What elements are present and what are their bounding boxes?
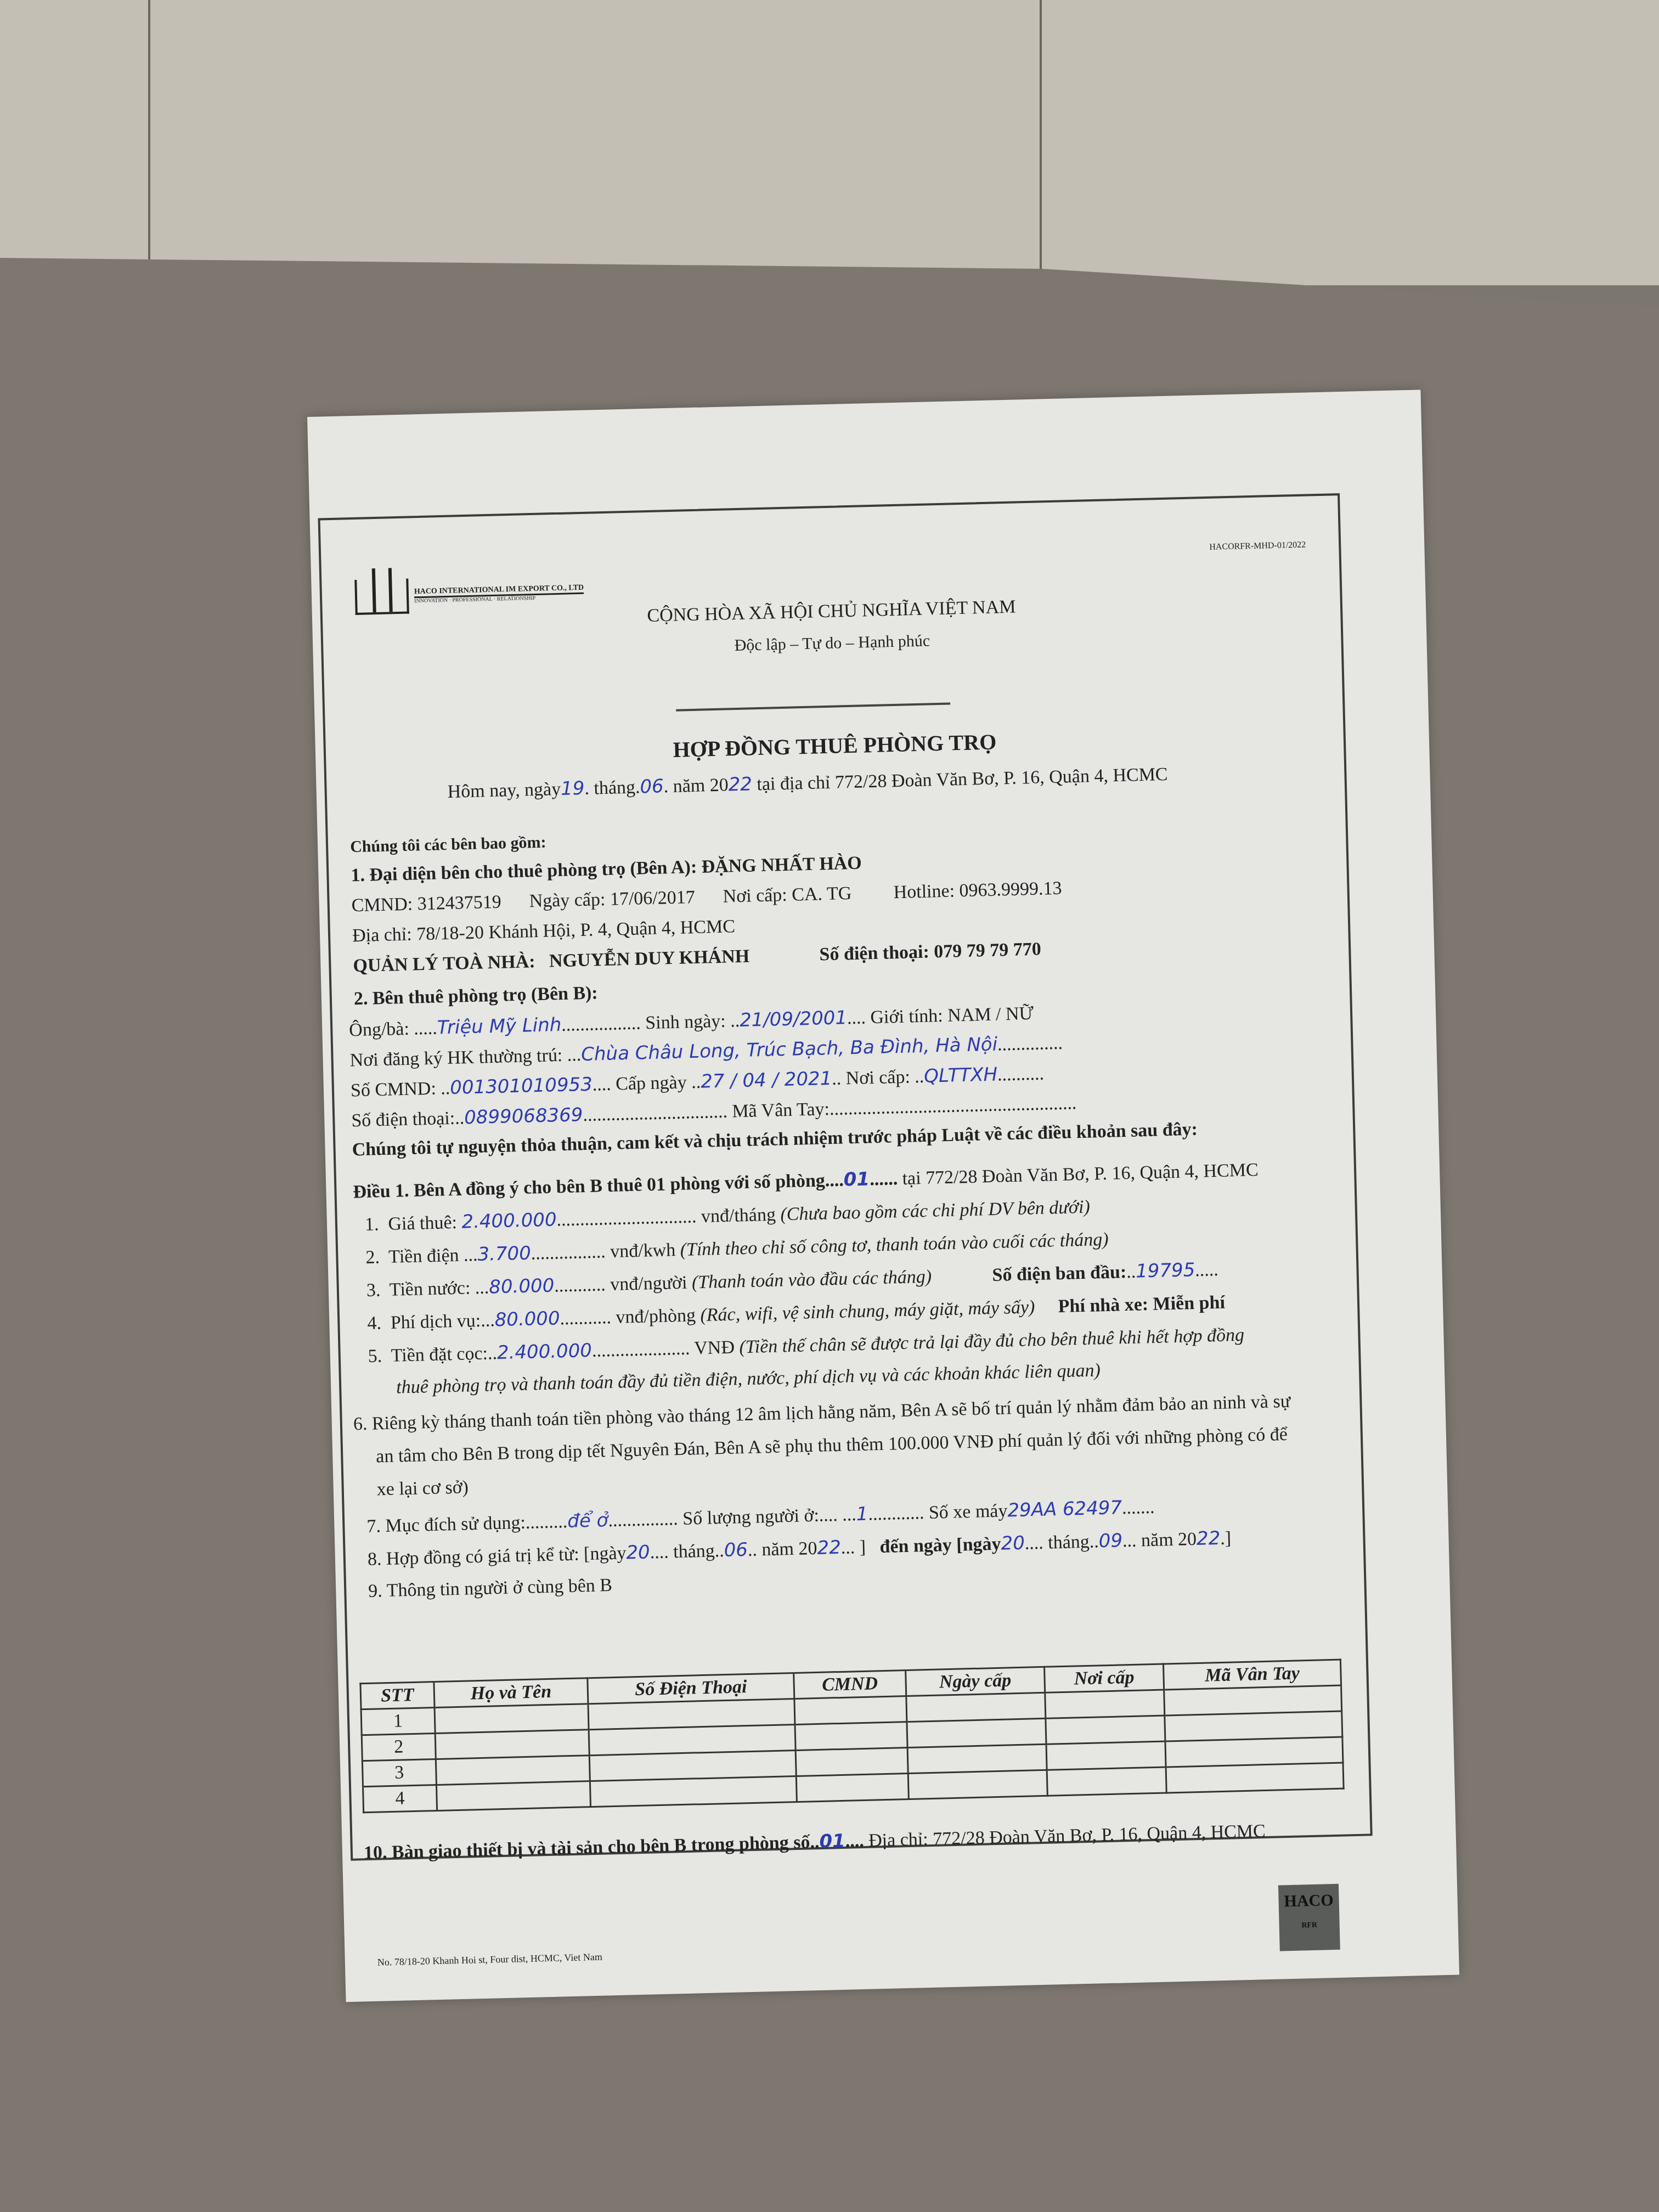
col-name: Họ và Tên: [434, 1678, 588, 1708]
item-2: 2. Tiền điện ...3.700................ vn…: [365, 1228, 1109, 1268]
item-unit: VNĐ: [694, 1337, 735, 1358]
article-1-suffix: tại 772/28 Đoàn Văn Bơ, P. 16, Quận 4, H…: [902, 1160, 1259, 1189]
item-5-continuation: thuê phòng trọ và thanh toán đầy đủ tiền…: [396, 1360, 1101, 1398]
item-unit: vnđ/kwh: [610, 1240, 676, 1262]
cell: [1166, 1763, 1344, 1793]
item-6-line-3: xe lại cơ sở): [376, 1477, 469, 1500]
col-cmnd: CMND: [794, 1671, 906, 1699]
month-label: tháng: [673, 1541, 715, 1562]
cell: [795, 1747, 908, 1776]
manager-name: NGUYỄN DUY KHÁNH: [549, 946, 750, 972]
stamp-sub: RFR: [1279, 1917, 1340, 1935]
cell: [796, 1773, 909, 1802]
footer-address: No. 78/18-20 Khanh Hoi st, Four dist, HC…: [377, 1951, 602, 1968]
party-b-cmnd-date: 27 / 04 / 2021: [701, 1068, 832, 1093]
parties-heading: Chúng tôi các bên bao gồm:: [350, 833, 546, 857]
party-a-heading-row: 1. Đại diện bên cho thuê phòng trọ (Bên …: [351, 853, 862, 887]
party-b-gender-label: Giới tính:: [870, 1006, 943, 1028]
usage-purpose: để ở: [567, 1509, 608, 1532]
item-note: (Tiền thế chân sẽ được trả lại đầy đủ ch…: [739, 1325, 1244, 1357]
item-7-label: 7. Mục đích sử dụng:: [366, 1513, 526, 1537]
occupants-value: 1: [856, 1503, 868, 1526]
party-b-name: Triệu Mỹ Linh: [437, 1014, 561, 1039]
cell: [795, 1722, 907, 1751]
item-note: (Tính theo chỉ số công tơ, thanh toán và…: [680, 1229, 1109, 1260]
cell: [906, 1692, 1046, 1722]
item-unit: vnđ/người: [610, 1273, 687, 1295]
water-value: 80.000: [489, 1274, 555, 1298]
party-a-name: ĐẶNG NHẤT HÀO: [701, 853, 862, 877]
haco-logo-icon: [354, 579, 409, 615]
party-b-cmnd-label: Số CMND:: [351, 1079, 437, 1101]
party-a-heading: 1. Đại diện bên cho thuê phòng trọ (Bên …: [351, 857, 697, 885]
party-b-heading: 2. Bên thuê phòng trọ (Bên B):: [353, 983, 598, 1009]
service-fee-value: 80.000: [494, 1307, 560, 1331]
item-unit: vnđ/tháng: [701, 1205, 776, 1227]
item-7: 7. Mục đích sử dụng:.........để ở.......…: [366, 1496, 1155, 1537]
item-number: 5.: [368, 1346, 382, 1367]
intro-month: 06: [640, 775, 664, 798]
tile-gap: [148, 0, 150, 263]
from-day: 20: [626, 1541, 650, 1564]
col-fingerprint: Mã Vân Tay: [1164, 1660, 1341, 1690]
cell: [435, 1730, 589, 1759]
intro-month-label: tháng: [594, 777, 635, 799]
party-a-issue-place: Nơi cấp: CA. TG: [723, 883, 851, 907]
article-1-prefix: Điều 1. Bên A đồng ý cho bên B thuê 01 p…: [353, 1170, 825, 1202]
party-b-cmnd-date-label: Cấp ngày: [616, 1072, 687, 1094]
item-number: 1.: [365, 1214, 379, 1235]
from-month: 06: [724, 1539, 748, 1561]
intro-day: 19: [561, 777, 585, 800]
item-note: (Thanh toán vào đầu các tháng): [692, 1267, 932, 1293]
meter-value: 19795: [1136, 1259, 1195, 1283]
parking-fee: Phí nhà xe: Miễn phí: [1058, 1293, 1225, 1317]
item-number: 4.: [367, 1313, 381, 1334]
haco-stamp: HACO RFR: [1278, 1884, 1340, 1951]
from-year: 22: [817, 1537, 841, 1559]
month-label: tháng: [1048, 1532, 1090, 1553]
to-label: đến ngày [ngày: [879, 1534, 1001, 1557]
party-b-cmnd-place: QLTTXH: [924, 1064, 998, 1087]
handover-room: 01: [819, 1830, 845, 1853]
party-a-id-row: CMND: 312437519 Ngày cấp: 17/06/2017 Nơi…: [351, 878, 1062, 917]
cell: [1046, 1741, 1166, 1770]
electricity-value: 3.700: [477, 1242, 531, 1265]
rent-value: 2.400.000: [461, 1209, 557, 1233]
cell: [1046, 1716, 1165, 1744]
item-label: Giá thuê:: [388, 1212, 457, 1234]
party-b-name-label: Ông/bà:: [349, 1019, 409, 1041]
tile-gap: [1040, 0, 1042, 285]
cell: [1164, 1685, 1342, 1716]
party-b-gender: NAM / NỮ: [947, 1003, 1034, 1026]
cell: [590, 1776, 797, 1807]
year-label: năm 20: [1141, 1529, 1197, 1550]
item-number: 3.: [366, 1280, 380, 1301]
party-b-residence: Chùa Châu Long, Trúc Bạch, Ba Đình, Hà N…: [581, 1034, 998, 1066]
deposit-value: 2.400.000: [496, 1340, 592, 1364]
item-note: (Rác, wifi, vệ sinh chung, máy giặt, máy…: [700, 1297, 1035, 1325]
to-year: 22: [1197, 1527, 1221, 1550]
party-a-hotline: Hotline: 0963.9999.13: [893, 878, 1062, 902]
article-1: Điều 1. Bên A đồng ý cho bên B thuê 01 p…: [353, 1159, 1259, 1203]
intro-suffix: tại địa chỉ 772/28 Đoàn Văn Bơ, P. 16, Q…: [757, 764, 1168, 794]
contract-paper: HACO INTERNATIONAL IM EXPORT CO., LTD IN…: [307, 390, 1459, 2002]
item-10-suffix: Địa chỉ: 772/28 Đoàn Văn Bơ, P. 16, Quận…: [868, 1821, 1266, 1851]
row-number: 3: [362, 1759, 436, 1787]
party-a-issue-date: Ngày cấp: 17/06/2017: [529, 887, 695, 911]
floor-tiles: [0, 0, 1659, 285]
party-a-cmnd: CMND: 312437519: [351, 892, 501, 916]
intro-year-label: năm 20: [673, 775, 729, 796]
year-label: năm 20: [761, 1538, 817, 1560]
plate-value: 29AA 62497: [1007, 1497, 1122, 1521]
item-number: 2.: [365, 1247, 380, 1268]
item-label: Tiền nước:: [389, 1278, 470, 1300]
col-issue-date: Ngày cấp: [906, 1667, 1045, 1696]
cell: [794, 1696, 907, 1725]
cell: [1047, 1767, 1166, 1796]
divider: [676, 703, 950, 712]
plate-label: Số xe máy: [928, 1500, 1007, 1522]
party-b-phone-label: Số điện thoại:: [351, 1108, 455, 1131]
item-10: 10. Bàn giao thiết bị và tài sản cho bên…: [363, 1820, 1266, 1864]
item-8-label: 8. Hợp đồng có giá trị kể từ: [ngày: [367, 1543, 626, 1570]
cell: [907, 1718, 1046, 1747]
item-10-prefix: 10. Bàn giao thiết bị và tài sản cho bên…: [364, 1832, 810, 1863]
party-b-cmnd: 001301010953: [450, 1074, 592, 1099]
item-label: Tiền đặt cọc:: [391, 1343, 488, 1365]
article-1-room: 01: [843, 1168, 870, 1190]
manager-row: QUẢN LÝ TOÀ NHÀ: NGUYỄN DUY KHÁNH Số điệ…: [353, 939, 1041, 977]
item-label: Tiền điện: [388, 1245, 459, 1267]
col-issue-place: Nơi cấp: [1045, 1664, 1164, 1692]
occupants-label: Số lượng người ở:: [682, 1505, 819, 1529]
to-month: 09: [1098, 1530, 1122, 1552]
row-number: 2: [362, 1734, 436, 1761]
party-b-phone: 0899068369: [464, 1104, 583, 1128]
item-unit: vnđ/phòng: [616, 1305, 696, 1328]
party-b-fingerprint-label: Mã Vân Tay:: [732, 1099, 830, 1121]
party-b-dob: 21/09/2001: [740, 1007, 848, 1031]
cell: [436, 1756, 590, 1785]
cell: [1165, 1711, 1342, 1741]
party-a-address: Địa chỉ: 78/18-20 Khánh Hội, P. 4, Quận …: [352, 916, 736, 946]
intro-year: 22: [728, 773, 752, 795]
item-9: 9. Thông tin người ở cùng bên B: [368, 1575, 613, 1602]
document-frame: HACO INTERNATIONAL IM EXPORT CO., LTD IN…: [318, 493, 1373, 1861]
cell: [435, 1704, 589, 1734]
meter-label: Số điện ban đầu:: [992, 1262, 1127, 1285]
row-number: 4: [363, 1785, 437, 1812]
cell: [1165, 1737, 1343, 1767]
document-title: HỢP ĐỒNG THUÊ PHÒNG TRỌ: [337, 721, 1333, 771]
cell: [908, 1770, 1047, 1799]
manager-label: QUẢN LÝ TOÀ NHÀ:: [353, 951, 535, 976]
party-b-residence-label: Nơi đăng ký HK thường trú:: [349, 1045, 563, 1070]
col-stt: STT: [360, 1682, 435, 1709]
party-b-cmnd-place-label: Nơi cấp:: [845, 1067, 910, 1089]
party-b-dob-label: Sinh ngày:: [645, 1011, 726, 1034]
manager-phone: Số điện thoại: 079 79 79 770: [819, 939, 1041, 965]
cell: [907, 1744, 1047, 1773]
item-1: 1. Giá thuê: 2.400.000..................…: [365, 1196, 1091, 1235]
cell: [1045, 1690, 1165, 1718]
row-number: 1: [361, 1708, 435, 1735]
intro-prefix: Hôm nay, ngày: [447, 779, 561, 802]
intro-line: Hôm nay, ngày19. tháng.06. năm 2022 tại …: [447, 763, 1168, 803]
item-note: (Chưa bao gồm các chi phí DV bên dưới): [780, 1197, 1090, 1225]
to-day: 20: [1001, 1532, 1025, 1555]
cell: [436, 1781, 590, 1811]
co-occupant-table: STT Họ và Tên Số Điện Thoại CMND Ngày cấ…: [359, 1659, 1344, 1814]
form-code: HACORFR-MHD-01/2022: [1209, 540, 1306, 552]
stamp-text: HACO: [1278, 1884, 1339, 1918]
item-label: Phí dịch vụ:: [390, 1311, 481, 1333]
